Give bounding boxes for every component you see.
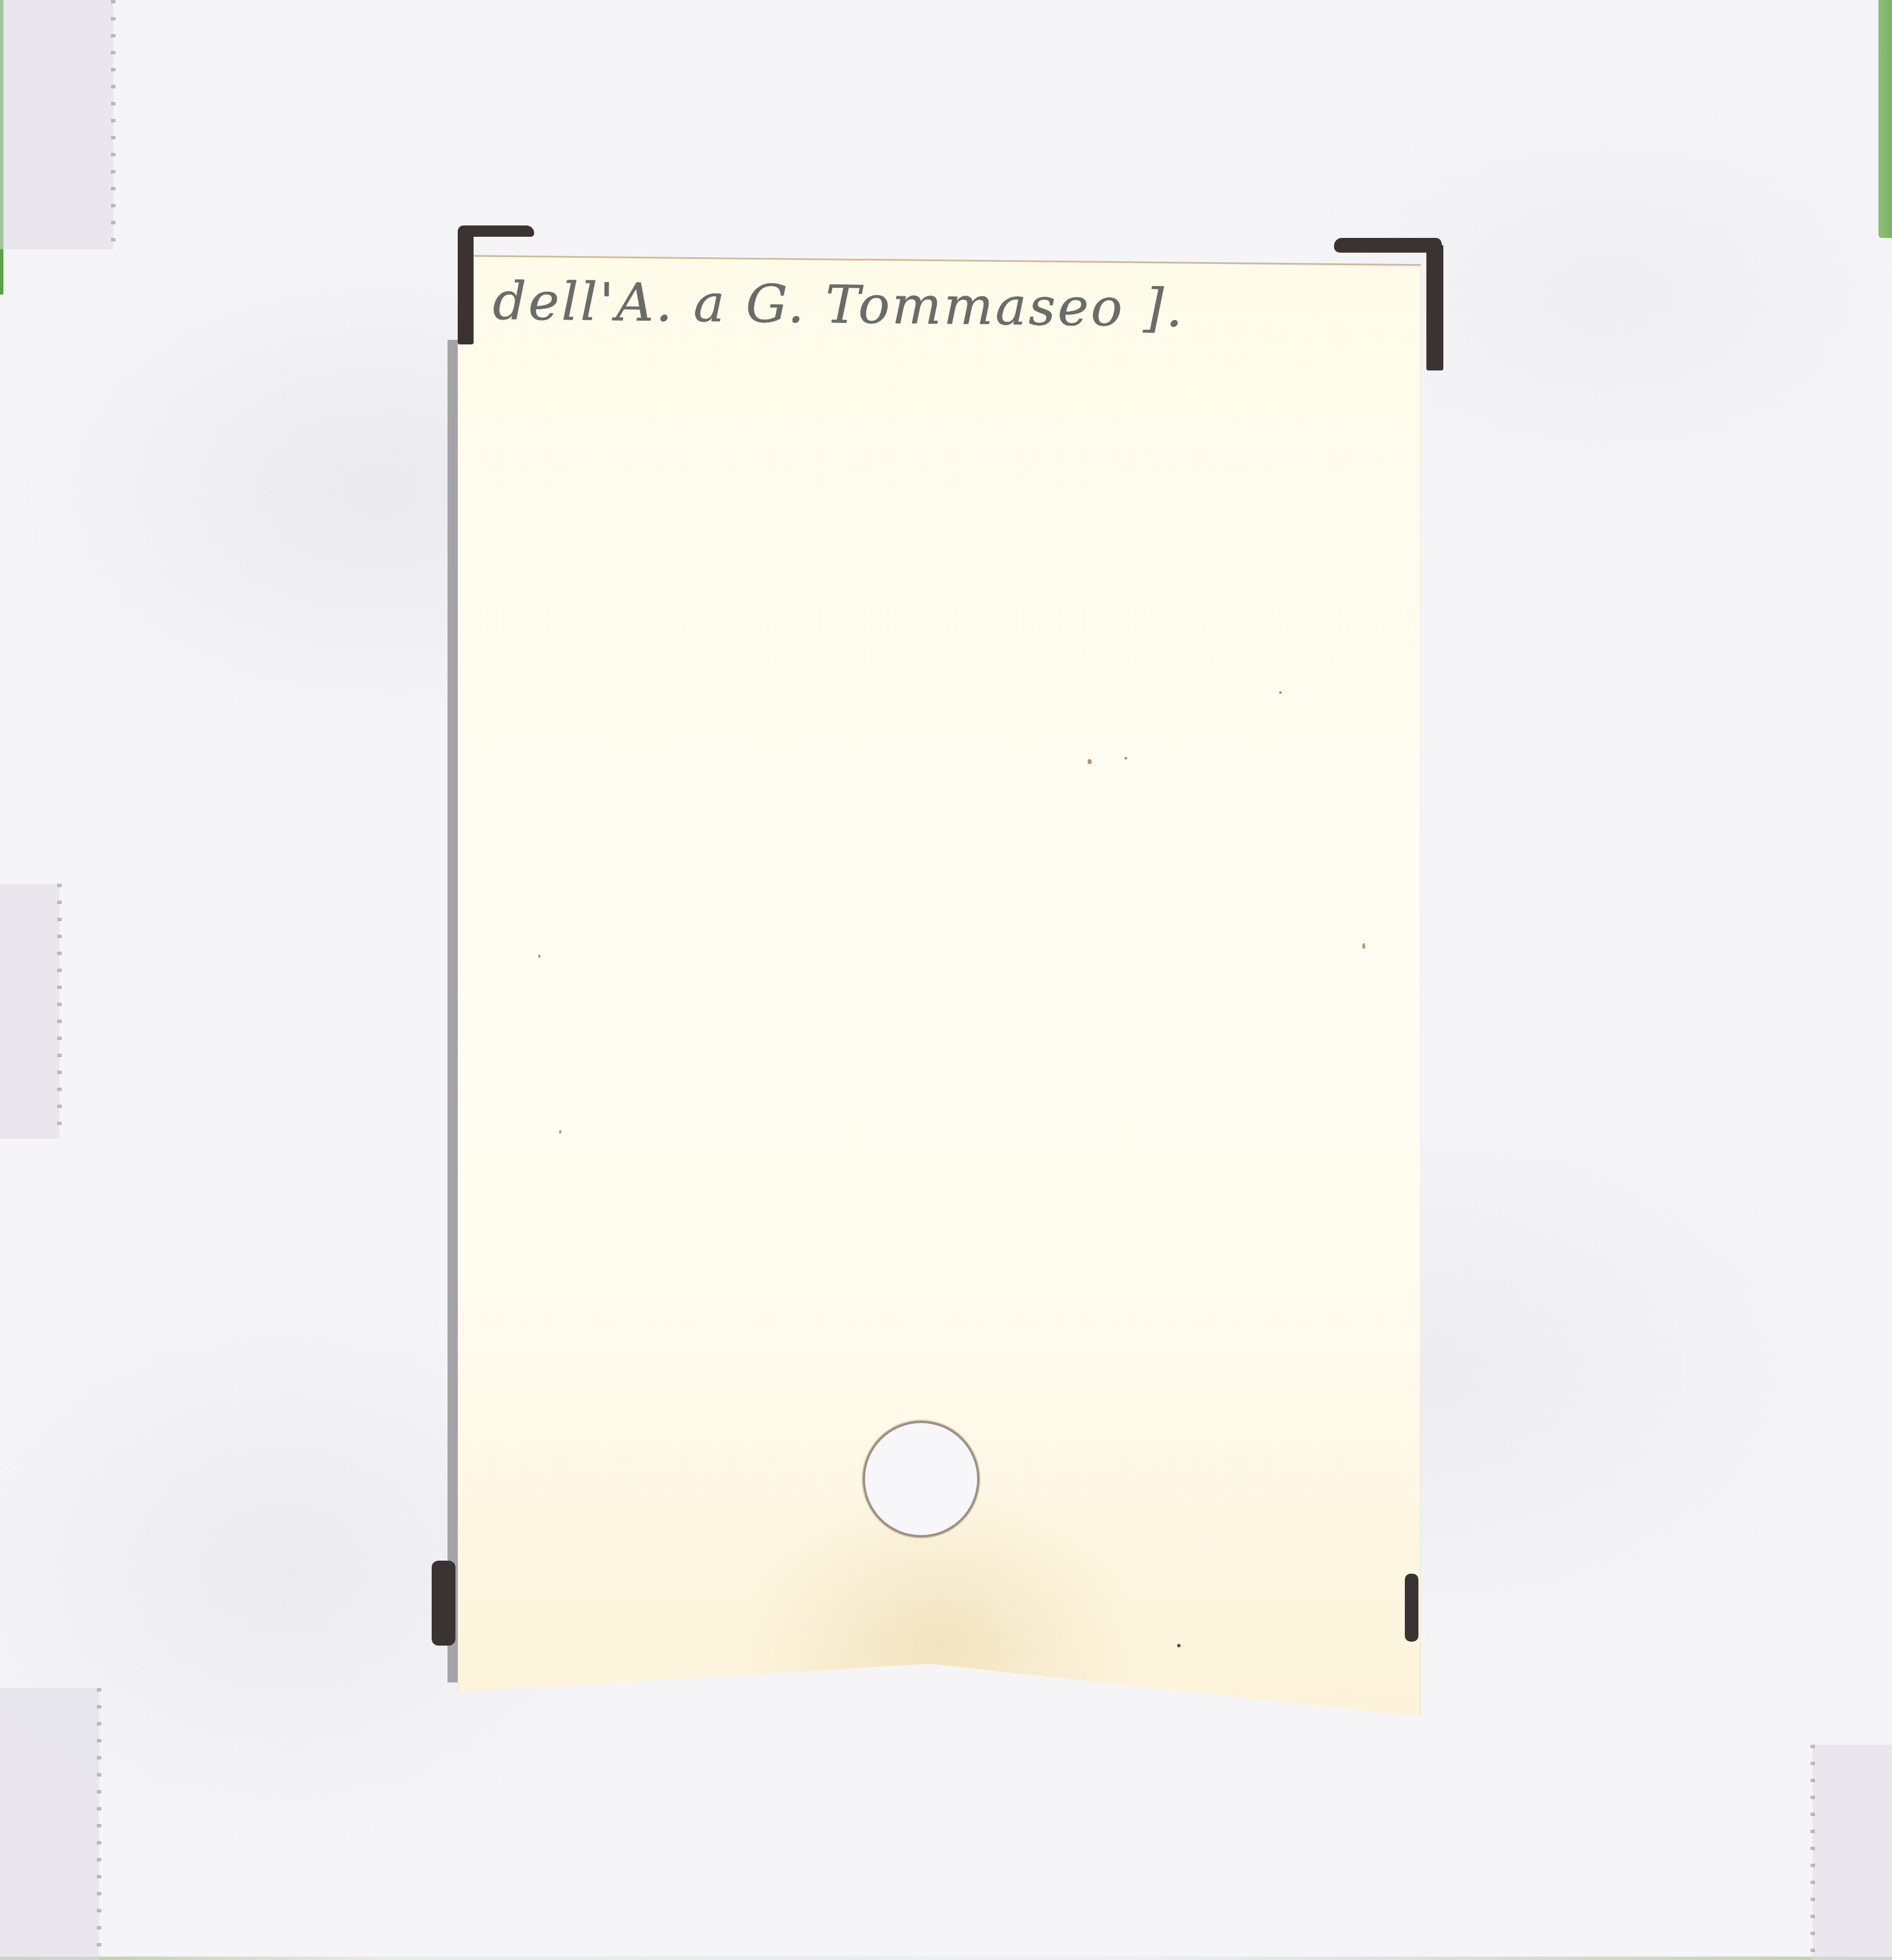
green-edge-strip-right bbox=[1878, 0, 1892, 238]
photo-corner-bottom-left bbox=[432, 1561, 455, 1646]
photo-corner-top-right-flap bbox=[1334, 238, 1442, 253]
stamp-perforation-ghost bbox=[0, 0, 113, 249]
photo-corner-top-left-flap bbox=[458, 225, 534, 237]
foxing-spot bbox=[559, 1130, 561, 1134]
foxing-spot bbox=[1362, 943, 1365, 949]
punch-hole bbox=[865, 1423, 977, 1535]
foxing-spot bbox=[538, 955, 540, 958]
stamp-perforation-ghost bbox=[0, 1688, 99, 1960]
photo-corner-top-right bbox=[1426, 245, 1443, 370]
foxing-spot bbox=[1279, 691, 1282, 694]
foxing-spot bbox=[1177, 1644, 1181, 1647]
stamp-perforation-ghost bbox=[0, 884, 59, 1139]
handwritten-inscription: dell'A. a G. Tommaseo ]. bbox=[492, 271, 1185, 339]
photo-corner-bottom-right bbox=[1405, 1574, 1418, 1642]
stamp-perforation-ghost bbox=[1813, 1745, 1892, 1960]
foxing-spot bbox=[1124, 757, 1127, 760]
green-edge-strip-bottom bbox=[0, 1957, 1892, 1960]
foxing-spot bbox=[1088, 759, 1092, 764]
photo-corner-top-left bbox=[458, 231, 474, 344]
